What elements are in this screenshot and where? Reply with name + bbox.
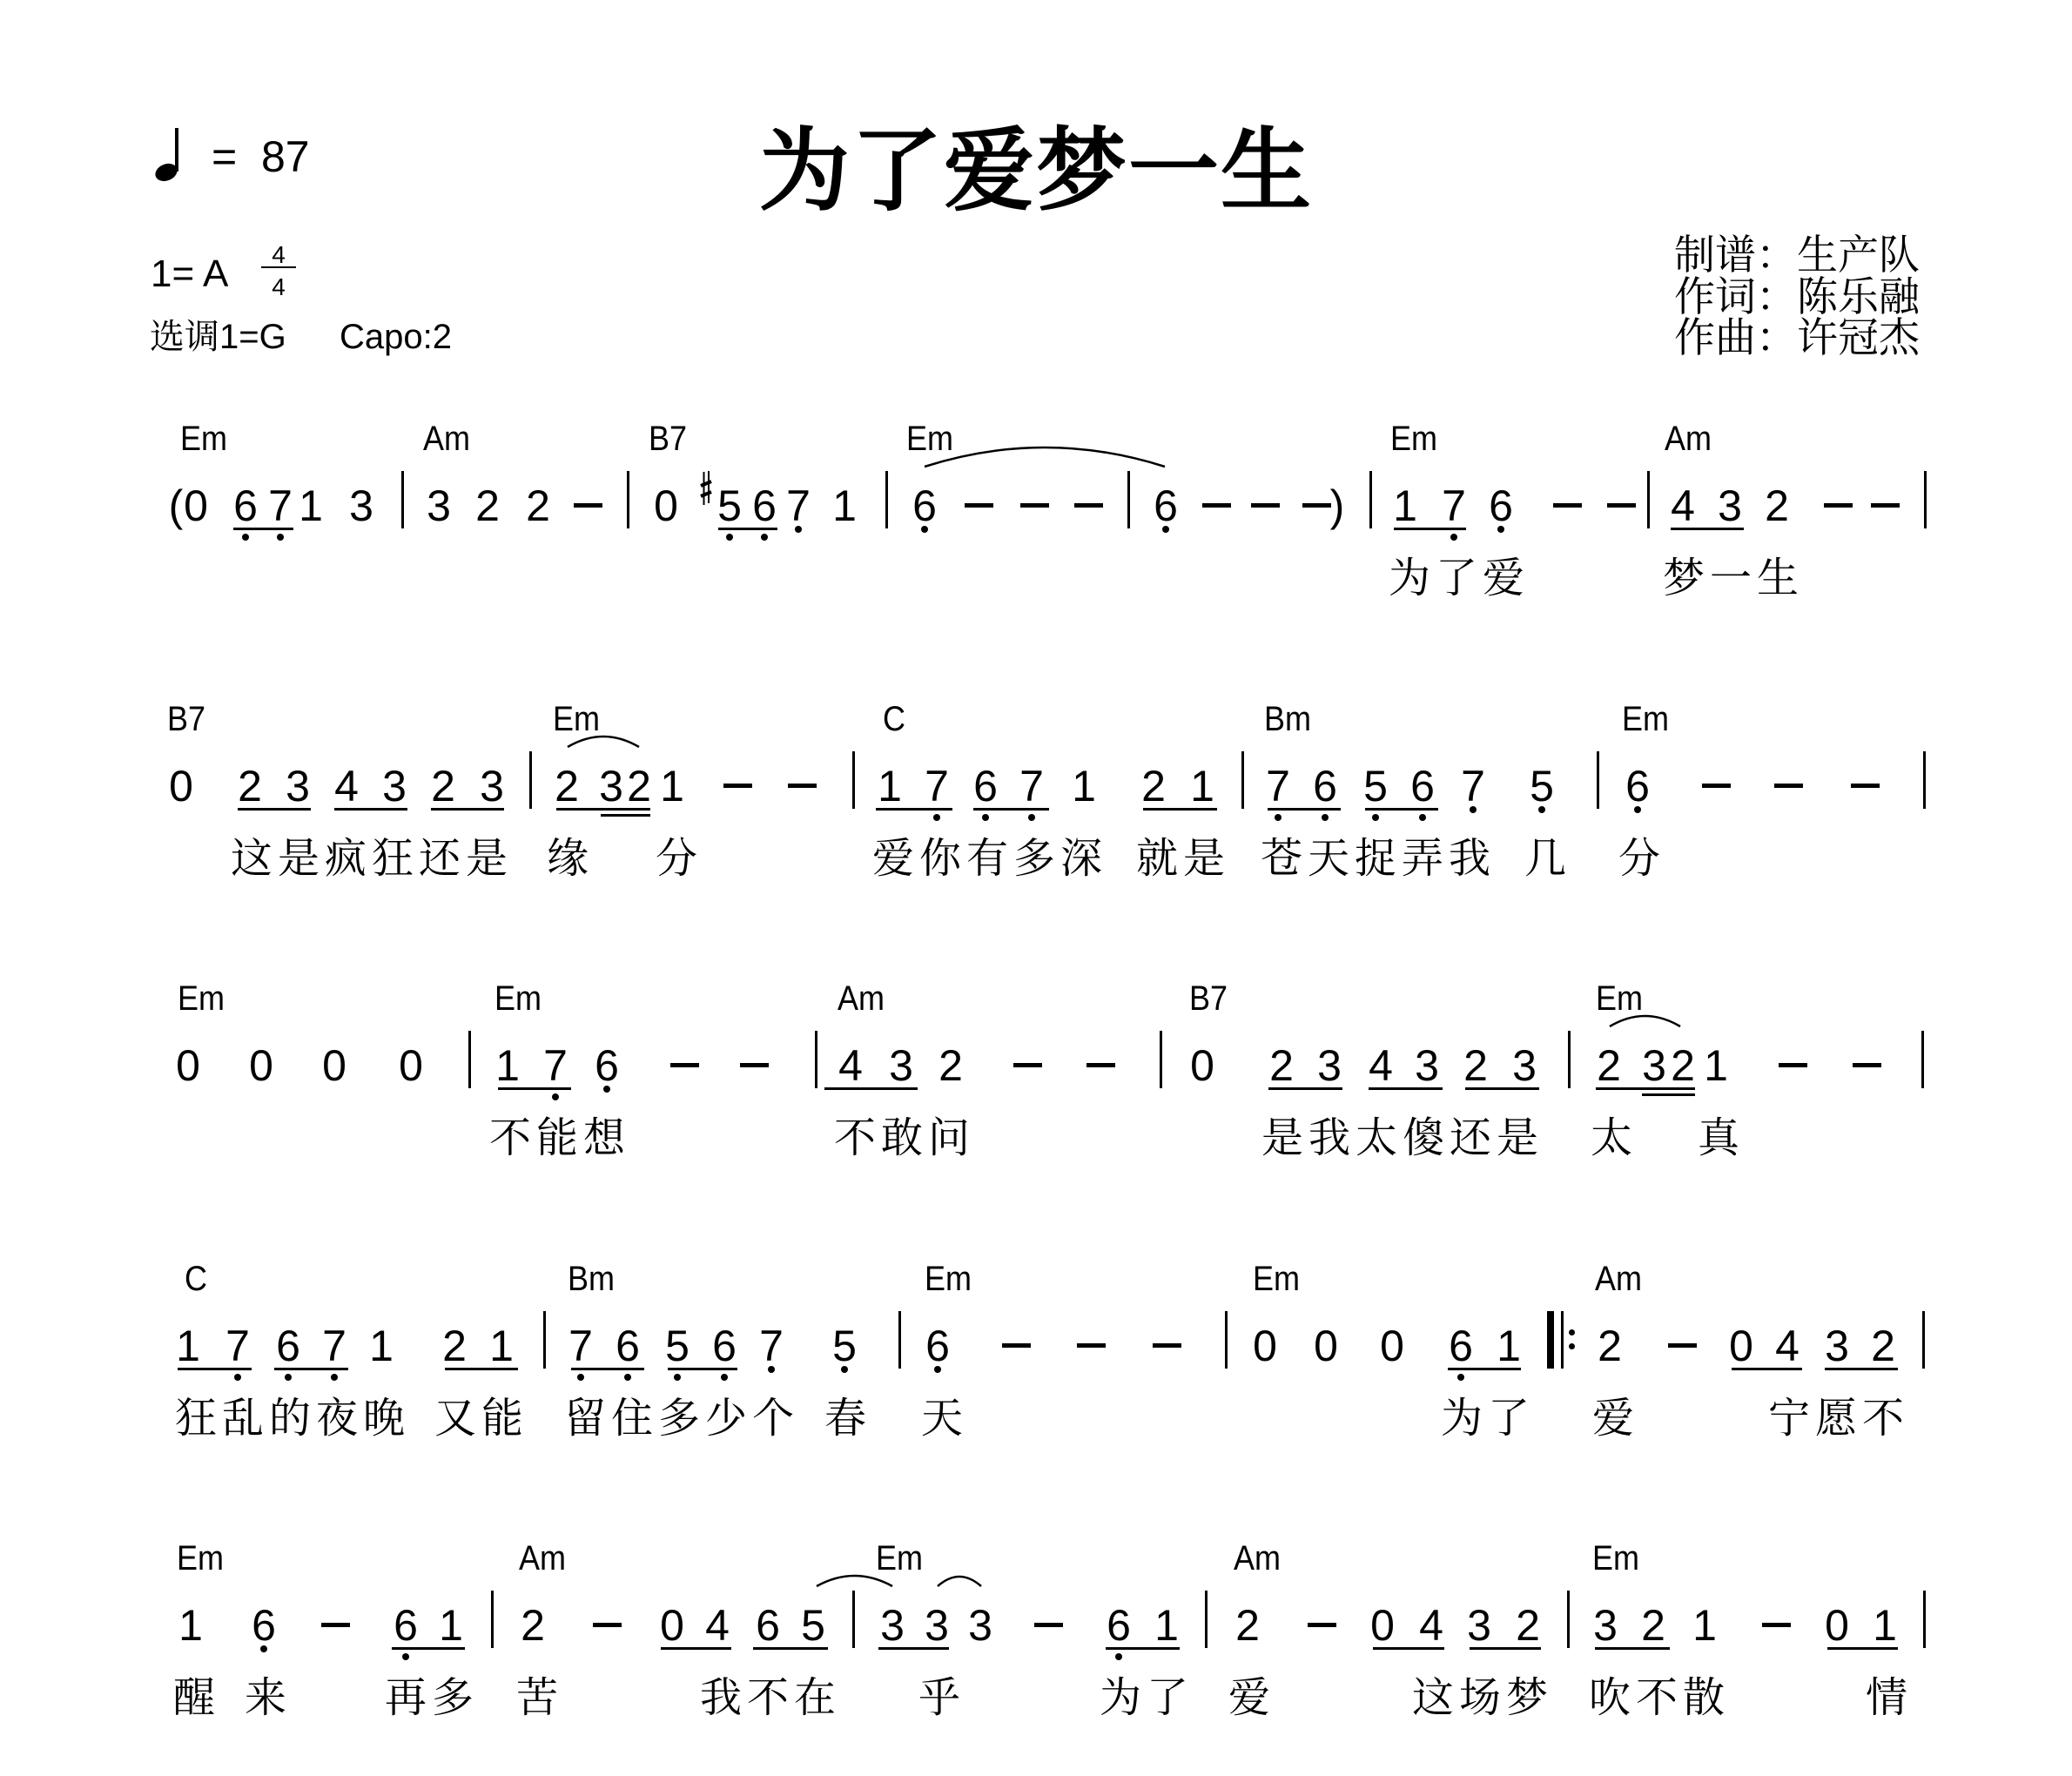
credit-lyricist: 作词：陈乐融	[1674, 276, 1920, 317]
sustain-dash	[1871, 503, 1900, 508]
low-octave-dot	[577, 1374, 584, 1381]
time-signature-divider	[261, 266, 296, 268]
note-digit: 6	[751, 484, 777, 528]
note-digit: 1	[178, 1604, 204, 1647]
chord-symbol: B7	[649, 421, 687, 456]
low-octave-dot	[1372, 814, 1379, 821]
lyric-text: 天	[921, 1398, 968, 1440]
sustain-dash	[965, 503, 993, 508]
lyric-text: 缘	[547, 838, 594, 880]
low-octave-dot	[934, 1366, 941, 1373]
note-digit: 1	[1154, 1604, 1180, 1647]
note-digit: 3	[1717, 484, 1743, 528]
note-digit: 2	[554, 764, 580, 808]
note-digit: 7	[1265, 764, 1291, 808]
note-digit: 3	[1592, 1604, 1618, 1647]
note-digit: 3	[888, 1044, 914, 1087]
rest-note: 0	[1252, 1324, 1278, 1368]
note-digit: 5	[664, 1324, 690, 1368]
note-digit: 6	[1409, 764, 1436, 808]
rest-note: 0	[183, 484, 209, 528]
lyric-text: 几	[1524, 838, 1571, 880]
low-octave-dot	[277, 534, 284, 541]
sustain-dash	[1668, 1343, 1697, 1348]
barline	[1567, 1591, 1570, 1648]
chord-symbol: C	[185, 1261, 207, 1296]
thick-barline	[1547, 1311, 1554, 1369]
low-octave-dot	[1457, 1374, 1464, 1381]
note-digit: 1	[659, 764, 685, 808]
tempo-bpm: 87	[261, 135, 310, 178]
rest-note: 0	[1369, 1604, 1396, 1647]
note-digit: 1	[494, 1044, 521, 1087]
tempo-equals: =	[212, 135, 237, 178]
lyric-text: 我不在	[700, 1678, 841, 1719]
lyric-text: 太	[1591, 1118, 1638, 1160]
low-octave-dot	[761, 534, 768, 541]
sustain-dash	[670, 1063, 699, 1067]
sustain-dash	[574, 503, 602, 508]
barline	[627, 471, 629, 528]
note-digit: 2	[1463, 1044, 1489, 1087]
lyric-text: 梦一生	[1663, 558, 1804, 600]
time-signature-bottom: 4	[266, 275, 291, 299]
barline	[852, 1591, 855, 1648]
note-digit: 7	[924, 764, 950, 808]
note-digit: 2	[441, 1324, 468, 1368]
sixteenth-underline	[601, 814, 650, 817]
lyric-text: 又能	[434, 1398, 528, 1440]
low-octave-dot	[242, 534, 249, 541]
chord-symbol: Am	[423, 421, 470, 456]
lyric-text: 留住多少个	[564, 1398, 799, 1440]
note-digit: 2	[1870, 1324, 1896, 1368]
lyric-text: 分	[1618, 838, 1665, 880]
low-octave-dot	[841, 1366, 848, 1373]
low-octave-dot	[768, 1366, 775, 1373]
barline	[1225, 1311, 1228, 1369]
note-digit: 1	[1872, 1604, 1898, 1647]
note-digit: 2	[1234, 1604, 1261, 1647]
rest-note: 0	[653, 484, 679, 528]
low-octave-dot	[331, 1374, 338, 1381]
note-digit: 2	[1140, 764, 1167, 808]
low-octave-dot	[933, 814, 940, 821]
time-signature-top: 4	[266, 243, 291, 267]
note-digit: 2	[474, 484, 501, 528]
lyric-text: 不敢问	[834, 1118, 975, 1160]
note-digit: 1	[877, 764, 903, 808]
note-digit: 1	[831, 484, 858, 528]
note-digit: 3	[381, 764, 407, 808]
low-octave-dot	[1538, 806, 1545, 813]
tie-arc	[568, 737, 639, 755]
chord-symbol: Am	[519, 1541, 566, 1576]
low-octave-dot	[1419, 814, 1426, 821]
note-digit: 2	[1596, 1044, 1622, 1087]
credit-label: 作词：	[1674, 273, 1797, 320]
sustain-dash	[1824, 503, 1853, 508]
note-digit: 7	[542, 1044, 568, 1087]
chord-symbol: Am	[1234, 1541, 1281, 1576]
barline	[1923, 1591, 1926, 1648]
note-digit: 3	[426, 484, 452, 528]
sustain-dash	[1077, 1343, 1106, 1348]
sustain-dash	[1308, 1623, 1336, 1627]
sustain-dash	[723, 784, 752, 788]
note-digit: 2	[237, 764, 263, 808]
low-octave-dot	[1275, 814, 1282, 821]
low-octave-dot	[260, 1645, 267, 1652]
lyric-text: 来	[245, 1678, 292, 1719]
rest-note: 0	[168, 764, 194, 808]
note-digit: 2	[1670, 1044, 1696, 1087]
chord-symbol: Am	[1665, 421, 1712, 456]
note-digit: 2	[430, 764, 456, 808]
lyric-text: 乎	[918, 1678, 965, 1719]
note-digit: 6	[251, 1604, 277, 1647]
barline	[1127, 471, 1130, 528]
note-digit: 7	[1441, 484, 1467, 528]
note-digit: 1	[1496, 1324, 1522, 1368]
key-signature: 1= A	[151, 255, 228, 293]
note-digit: 6	[275, 1324, 301, 1368]
note-digit: 3	[1414, 1044, 1440, 1087]
barline	[852, 751, 855, 809]
note-digit: 3	[879, 1604, 905, 1647]
rest-note: 0	[248, 1044, 274, 1087]
capo-info: Capo:2	[340, 320, 452, 354]
sustain-dash	[1762, 1623, 1791, 1627]
chord-symbol: Em	[876, 1541, 923, 1576]
note-digit: 6	[1488, 484, 1514, 528]
lyric-text: 爱	[1592, 1398, 1639, 1440]
lyric-text: 吹不散	[1589, 1678, 1730, 1719]
lyric-text: 这场梦	[1412, 1678, 1553, 1719]
tie-arc	[1610, 1016, 1680, 1034]
lyric-text: 不能想	[489, 1118, 630, 1160]
barline	[543, 1311, 546, 1369]
repeat-dot	[1569, 1329, 1575, 1335]
sustain-dash	[1553, 503, 1582, 508]
chord-symbol: Am	[838, 981, 885, 1016]
rest-note: 0	[1379, 1324, 1405, 1368]
selected-key: 选调1=G	[150, 320, 286, 354]
barline	[1369, 471, 1372, 528]
lyric-text: 真	[1698, 1118, 1745, 1160]
note-digit: 6	[925, 1324, 951, 1368]
note-digit: 7	[568, 1324, 594, 1368]
note-digit: 4	[704, 1604, 730, 1647]
lyric-text: 苦	[516, 1678, 563, 1719]
note-digit: 1	[1189, 764, 1215, 808]
note-digit: 2	[1515, 1604, 1541, 1647]
low-octave-dot	[1450, 534, 1457, 541]
thin-barline	[1561, 1311, 1564, 1369]
chord-symbol: C	[883, 702, 905, 737]
lyric-text: 苍天捉弄我	[1261, 838, 1496, 880]
note-digit: 2	[1268, 1044, 1295, 1087]
note-digit: 7	[1460, 764, 1486, 808]
sustain-dash	[1251, 503, 1280, 508]
barline	[1160, 1031, 1162, 1088]
chord-symbol: Em	[177, 1541, 224, 1576]
tie-arc	[925, 447, 1165, 474]
chord-symbol: Am	[1595, 1261, 1642, 1296]
sharp-icon	[700, 471, 712, 506]
barline	[1647, 471, 1650, 528]
rest-note: 0	[321, 1044, 347, 1087]
song-title: 为了爱梦一生	[749, 126, 1323, 217]
low-octave-dot	[624, 1374, 631, 1381]
sustain-dash	[740, 1063, 769, 1067]
sustain-dash	[321, 1623, 350, 1627]
note-digit: 2	[525, 484, 551, 528]
low-octave-dot	[1497, 526, 1504, 533]
barline	[885, 471, 888, 528]
note-digit: 3	[598, 764, 624, 808]
note-digit: 7	[267, 484, 293, 528]
chord-symbol: B7	[1189, 981, 1228, 1016]
note-digit: 1	[1703, 1044, 1729, 1087]
credit-label: 作曲：	[1674, 314, 1797, 360]
tie-arc	[817, 1576, 892, 1594]
chord-symbol: Em	[1390, 421, 1437, 456]
sustain-dash	[1013, 1063, 1042, 1067]
barline	[1205, 1591, 1208, 1648]
note-digit: 6	[912, 484, 938, 528]
sustain-dash	[1002, 1343, 1031, 1348]
barline	[529, 751, 532, 809]
sustain-dash	[1779, 1063, 1807, 1067]
note-digit: 5	[1529, 764, 1555, 808]
note-digit: 1	[1392, 484, 1418, 528]
rest-note: 0	[1824, 1604, 1850, 1647]
rest-note: 0	[175, 1044, 201, 1087]
note-digit: 3	[1466, 1604, 1492, 1647]
barline	[1924, 471, 1927, 528]
chord-symbol: B7	[167, 702, 205, 737]
barline	[1241, 751, 1244, 809]
note-digit: 3	[348, 484, 374, 528]
note-digit: 7	[785, 484, 811, 528]
sustain-dash	[1034, 1623, 1063, 1627]
note-digit: 6	[1448, 1324, 1474, 1368]
credit-name: 生产队	[1797, 232, 1920, 278]
chord-symbol: Em	[925, 1261, 972, 1296]
note-digit: 7	[321, 1324, 347, 1368]
chord-symbol: Em	[178, 981, 225, 1016]
low-octave-dot	[552, 1093, 559, 1100]
rest-note: 0	[659, 1604, 685, 1647]
note-digit: 2	[938, 1044, 964, 1087]
sustain-dash	[788, 784, 817, 788]
note-digit: 6	[594, 1044, 620, 1087]
low-octave-dot	[921, 526, 928, 533]
rest-note: 0	[1313, 1324, 1339, 1368]
lyric-text: 是我太傻还是	[1261, 1118, 1544, 1160]
sustain-dash	[1020, 503, 1049, 508]
low-octave-dot	[1322, 814, 1329, 821]
note-digit: 1	[1692, 1604, 1718, 1647]
sheet-music-page: = 87 为了爱梦一生 1= A 4 4 选调1=G Capo:2 制谱：生产队…	[0, 0, 2072, 1776]
note-digit: 2	[1597, 1324, 1623, 1368]
credit-composer: 作曲：许冠杰	[1674, 317, 1920, 358]
note-digit: 3	[479, 764, 505, 808]
barline	[898, 1311, 901, 1369]
note-digit: 5	[1362, 764, 1389, 808]
note-digit: 2	[520, 1604, 546, 1647]
chord-symbol: Bm	[568, 1261, 615, 1296]
note-digit: 4	[838, 1044, 864, 1087]
note-digit: 6	[711, 1324, 737, 1368]
note-digit: 6	[1106, 1604, 1132, 1647]
chord-symbol: Em	[494, 981, 542, 1016]
note-digit: 2	[1764, 484, 1790, 528]
note-digit: 1	[368, 1324, 394, 1368]
lyric-text: 狂乱的夜晚	[175, 1398, 410, 1440]
note-digit: 4	[1670, 484, 1696, 528]
note-digit: 3	[1511, 1044, 1537, 1087]
lyric-text: 春	[824, 1398, 871, 1440]
barline	[1922, 1311, 1925, 1369]
lyric-text: 分	[656, 838, 703, 880]
barline	[468, 1031, 471, 1088]
lyric-text: 宁愿不	[1768, 1398, 1909, 1440]
low-octave-dot	[402, 1653, 409, 1660]
sustain-dash	[1153, 1343, 1181, 1348]
chord-symbol: Em	[1622, 702, 1669, 737]
lyric-text: 情	[1866, 1678, 1913, 1719]
rest-note: 0	[1189, 1044, 1215, 1087]
sustain-dash	[1074, 503, 1103, 508]
chord-symbol: Em	[553, 702, 600, 737]
note-digit: 2	[626, 764, 652, 808]
note-digit: 4	[333, 764, 360, 808]
sustain-dash	[593, 1623, 622, 1627]
low-octave-dot	[285, 1374, 292, 1381]
chord-symbol: Em	[1253, 1261, 1300, 1296]
note-digit: 5	[831, 1324, 858, 1368]
note-digit: 1	[1071, 764, 1097, 808]
note-digit: 3	[1641, 1044, 1667, 1087]
credit-transcriber: 制谱：生产队	[1674, 234, 1920, 275]
note-digit: 7	[225, 1324, 251, 1368]
note-digit: 6	[1153, 484, 1179, 528]
sustain-dash	[1774, 784, 1803, 788]
sustain-dash	[1607, 503, 1636, 508]
barline	[1921, 1031, 1924, 1088]
sixteenth-underline	[1642, 1093, 1695, 1096]
sustain-dash	[1851, 784, 1880, 788]
note-digit: 3	[924, 1604, 950, 1647]
lyric-text: 为了	[1441, 1398, 1535, 1440]
low-octave-dot	[726, 534, 733, 541]
barline	[491, 1591, 494, 1648]
barline	[1568, 1031, 1571, 1088]
repeat-dot	[1569, 1343, 1575, 1349]
low-octave-dot	[795, 526, 802, 533]
low-octave-dot	[674, 1374, 681, 1381]
low-octave-dot	[1634, 806, 1641, 813]
tie-arc	[938, 1577, 981, 1594]
note-digit: 2	[1640, 1604, 1666, 1647]
barline	[1597, 751, 1599, 809]
note-digit: 6	[1312, 764, 1338, 808]
low-octave-dot	[1115, 1653, 1122, 1660]
credit-name: 许冠杰	[1797, 314, 1920, 360]
lyric-text: 为了	[1100, 1678, 1194, 1719]
sustain-dash	[1202, 503, 1231, 508]
note-digit: 7	[1019, 764, 1045, 808]
note-digit: 3	[1316, 1044, 1342, 1087]
note-digit: 1	[298, 484, 324, 528]
note-digit: 3	[285, 764, 311, 808]
note-digit: 6	[393, 1604, 419, 1647]
chord-symbol: Em	[180, 421, 227, 456]
barline	[1923, 751, 1926, 809]
note-digit: 5	[800, 1604, 826, 1647]
chord-symbol: Bm	[1264, 702, 1311, 737]
low-octave-dot	[1470, 806, 1477, 813]
rest-note: 0	[1728, 1324, 1754, 1368]
note-digit: 3	[967, 1604, 993, 1647]
barline	[815, 1031, 817, 1088]
note-digit: 1	[488, 1324, 515, 1368]
credit-name: 陈乐融	[1797, 273, 1920, 320]
chord-symbol: Em	[1596, 981, 1643, 1016]
low-octave-dot	[721, 1374, 728, 1381]
note-digit: 1	[175, 1324, 201, 1368]
lyric-text: 爱你有多深	[872, 838, 1107, 880]
lyric-text: 再多	[385, 1678, 479, 1719]
rest-note: 0	[398, 1044, 424, 1087]
sustain-dash	[1853, 1063, 1881, 1067]
note-digit: 6	[1625, 764, 1651, 808]
note-digit: 7	[758, 1324, 784, 1368]
credit-label: 制谱：	[1674, 232, 1797, 278]
low-octave-dot	[603, 1086, 610, 1093]
note-digit: 6	[972, 764, 999, 808]
note-digit: 6	[755, 1604, 781, 1647]
barline	[401, 471, 404, 528]
chord-symbol: Em	[1592, 1541, 1639, 1576]
close-paren: )	[1324, 484, 1350, 528]
note-digit: 4	[1418, 1604, 1444, 1647]
quarter-note-icon	[153, 125, 185, 185]
note-digit: 6	[232, 484, 259, 528]
sustain-dash	[1702, 784, 1731, 788]
low-octave-dot	[982, 814, 989, 821]
lyric-text: 为了爱	[1389, 558, 1530, 600]
note-digit: 4	[1368, 1044, 1394, 1087]
note-digit: 4	[1774, 1324, 1800, 1368]
note-digit: 6	[615, 1324, 641, 1368]
low-octave-dot	[1028, 814, 1035, 821]
sustain-dash	[1086, 1063, 1115, 1067]
lyric-text: 爱	[1228, 1678, 1275, 1719]
lyric-text: 这是疯狂还是	[231, 838, 513, 880]
note-digit: 5	[716, 484, 743, 528]
note-digit: 3	[1824, 1324, 1850, 1368]
note-digit: 1	[438, 1604, 464, 1647]
lyric-text: 就是	[1136, 838, 1230, 880]
low-octave-dot	[1162, 526, 1169, 533]
lyric-text: 醒	[173, 1678, 220, 1719]
low-octave-dot	[234, 1374, 241, 1381]
